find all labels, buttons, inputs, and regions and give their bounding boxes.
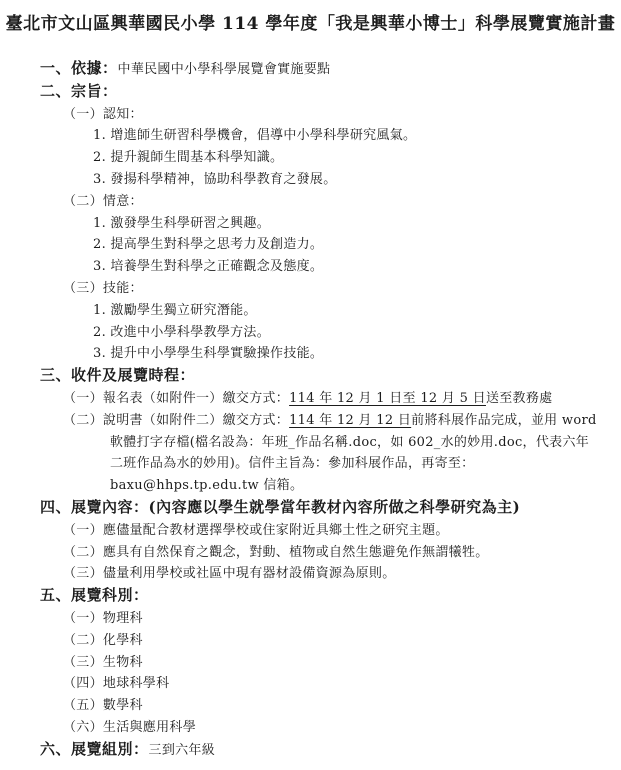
doc-line: 1. 激發學生科學研習之興趣。 bbox=[0, 213, 621, 235]
text-segment: （一）報名表（如附件一）繳交方式： bbox=[63, 391, 289, 406]
text-segment: 信箱。 bbox=[259, 478, 303, 493]
submission-deadline: 114 年 12 月 1 日至 12 月 5 日 bbox=[289, 391, 486, 406]
doc-line: （二）應具有自然保育之觀念，對動、植物或自然生態避免作無謂犧牲。 bbox=[0, 542, 621, 564]
doc-line: 2. 提升親師生間基本科學知識。 bbox=[0, 147, 621, 169]
doc-line: 1. 增進師生研習科學機會，倡導中小學科學研究風氣。 bbox=[0, 125, 621, 147]
doc-line: （五）數學科 bbox=[0, 695, 621, 717]
doc-line: 四、展覽內容：(內容應以學生就學當年教材內容所做之科學研究為主) bbox=[0, 497, 621, 520]
section-label: 三、收件及展覽時程： bbox=[40, 366, 195, 384]
doc-line: 3. 提升中小學學生科學實驗操作技能。 bbox=[0, 343, 621, 365]
text-segment: 送至教務處 bbox=[486, 391, 553, 406]
doc-line: （三）儘量利用學校或社區中現有器材設備資源為原則。 bbox=[0, 563, 621, 585]
doc-line: 三、收件及展覽時程： bbox=[0, 365, 621, 388]
doc-line: （四）地球科學科 bbox=[0, 673, 621, 695]
doc-line: （三）技能： bbox=[0, 278, 621, 300]
section-label: 二、宗旨： bbox=[40, 82, 118, 100]
doc-line: baxu@hhps.tp.edu.tw 信箱。 bbox=[0, 475, 621, 497]
doc-line: （一）認知： bbox=[0, 104, 621, 126]
doc-line: （一）物理科 bbox=[0, 608, 621, 630]
doc-line: 六、展覽組別：三到六年級 bbox=[0, 739, 621, 762]
text-segment: （二）說明書（如附件二）繳交方式： bbox=[63, 413, 289, 428]
text-segment: （二）應具有自然保育之觀念，對動、植物或自然生態避免作無謂犧牲。 bbox=[63, 545, 489, 560]
text-segment: （五）數學科 bbox=[63, 698, 143, 713]
text-segment: （二）化學科 bbox=[63, 633, 143, 648]
doc-line: 2. 改進中小學科學教學方法。 bbox=[0, 322, 621, 344]
section-label: 六、展覽組別： bbox=[40, 740, 149, 758]
text-segment: 二班作品為水的妙用)。信件主旨為：參加科展作品，再寄至： bbox=[110, 456, 474, 471]
text-segment: 3. 培養學生對科學之正確觀念及態度。 bbox=[93, 259, 323, 274]
section-label: 四、展覽內容：(內容應以學生就學當年教材內容所做之科學研究為主) bbox=[40, 498, 520, 516]
text-segment: （三）生物科 bbox=[63, 655, 143, 670]
submission-deadline: 114 年 12 月 12 日 bbox=[289, 413, 411, 428]
text-segment: 1. 激勵學生獨立研究潛能。 bbox=[93, 303, 257, 318]
text-segment: 2. 提高學生對科學之思考力及創造力。 bbox=[93, 237, 323, 252]
doc-line: 二班作品為水的妙用)。信件主旨為：參加科展作品，再寄至： bbox=[0, 453, 621, 475]
text-segment: 軟體打字存檔(檔名設為：年班_作品名稱.doc，如 602_水的妙用.doc，代… bbox=[110, 435, 589, 450]
text-segment: （一）應儘量配合教材選擇學校或住家附近具鄉土性之研究主題。 bbox=[63, 523, 449, 538]
doc-line: 一、依據：中華民國中小學科學展覽會實施要點 bbox=[0, 58, 621, 81]
doc-line: 3. 發揚科學精神，協助科學教育之發展。 bbox=[0, 169, 621, 191]
doc-line: （二）說明書（如附件二）繳交方式：114 年 12 月 12 日前將科展作品完成… bbox=[0, 410, 621, 432]
doc-line: （二）化學科 bbox=[0, 630, 621, 652]
text-segment: 2. 改進中小學科學教學方法。 bbox=[93, 325, 270, 340]
doc-line: 1. 激勵學生獨立研究潛能。 bbox=[0, 300, 621, 322]
text-segment: 3. 發揚科學精神，協助科學教育之發展。 bbox=[93, 172, 337, 187]
doc-line: （三）生物科 bbox=[0, 652, 621, 674]
text-segment: 2. 提升親師生間基本科學知識。 bbox=[93, 150, 283, 165]
section-label: 五、展覽科別： bbox=[40, 586, 149, 604]
doc-line: 五、展覽科別： bbox=[0, 585, 621, 608]
document-title: 臺北市文山區興華國民小學 114 學年度「我是興華小博士」科學展覽實施計畫 bbox=[0, 0, 621, 35]
text-segment: （一）物理科 bbox=[63, 611, 143, 626]
text-segment: （三）儘量利用學校或社區中現有器材設備資源為原則。 bbox=[63, 566, 396, 581]
doc-line: 軟體打字存檔(檔名設為：年班_作品名稱.doc，如 602_水的妙用.doc，代… bbox=[0, 432, 621, 454]
doc-line: 二、宗旨： bbox=[0, 81, 621, 104]
text-segment: （四）地球科學科 bbox=[63, 676, 169, 691]
text-segment: （六）生活與應用科學 bbox=[63, 720, 196, 735]
text-segment: 3. 提升中小學學生科學實驗操作技能。 bbox=[93, 346, 323, 361]
text-segment: 前將科展作品完成，並用 word bbox=[411, 413, 596, 428]
doc-line: （二）情意： bbox=[0, 191, 621, 213]
text-segment: （二）情意： bbox=[63, 194, 143, 209]
text-segment: （一）認知： bbox=[63, 107, 143, 122]
doc-line: （一）應儘量配合教材選擇學校或住家附近具鄉土性之研究主題。 bbox=[0, 520, 621, 542]
document-page: 臺北市文山區興華國民小學 114 學年度「我是興華小博士」科學展覽實施計畫 一、… bbox=[0, 0, 621, 770]
text-segment: 1. 激發學生科學研習之興趣。 bbox=[93, 216, 270, 231]
text-segment: （三）技能： bbox=[63, 281, 143, 296]
doc-line: （一）報名表（如附件一）繳交方式：114 年 12 月 1 日至 12 月 5 … bbox=[0, 388, 621, 410]
text-segment: 三到六年級 bbox=[149, 743, 216, 758]
document-body: 一、依據：中華民國中小學科學展覽會實施要點二、宗旨：（一）認知：1. 增進師生研… bbox=[0, 58, 621, 762]
section-label: 一、依據： bbox=[40, 59, 118, 77]
doc-line: 2. 提高學生對科學之思考力及創造力。 bbox=[0, 234, 621, 256]
doc-line: 3. 培養學生對科學之正確觀念及態度。 bbox=[0, 256, 621, 278]
text-segment: 中華民國中小學科學展覽會實施要點 bbox=[118, 62, 331, 77]
doc-line: （六）生活與應用科學 bbox=[0, 717, 621, 739]
email-address: baxu@hhps.tp.edu.tw bbox=[110, 478, 259, 493]
text-segment: 1. 增進師生研習科學機會，倡導中小學科學研究風氣。 bbox=[93, 128, 416, 143]
